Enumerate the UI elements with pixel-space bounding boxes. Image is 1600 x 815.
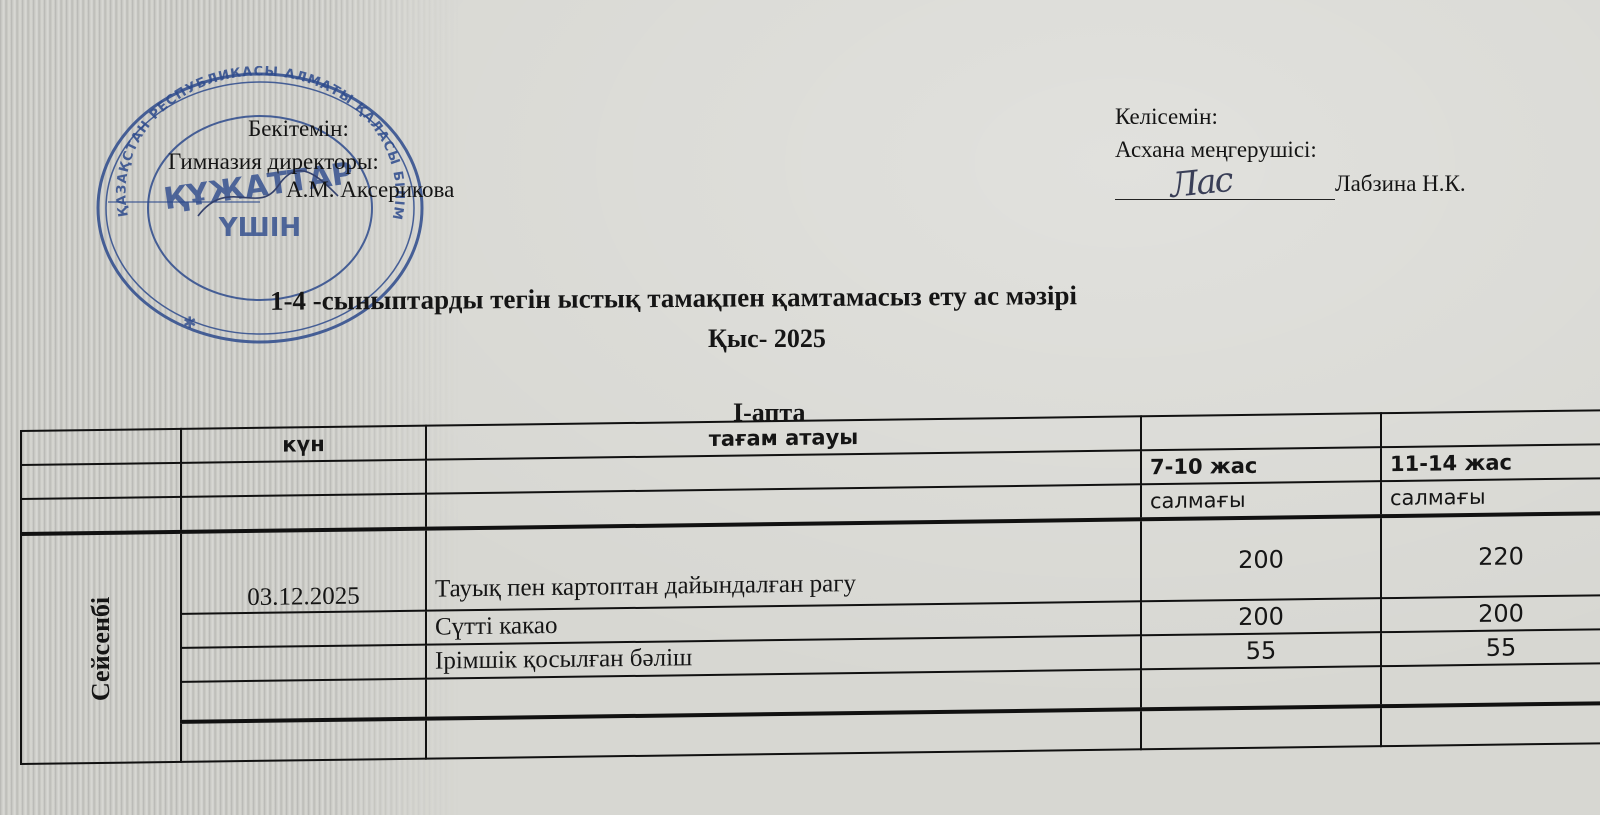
approval-block: Бекітемін: Гимназия директоры: А.М. Аксе… <box>168 112 454 206</box>
weight-7-10 <box>1141 706 1381 749</box>
weight-11-14: 200 <box>1381 595 1600 632</box>
dish-name <box>426 709 1141 758</box>
weight-11-14: 220 <box>1381 513 1600 598</box>
weight-7-10 <box>1141 666 1381 709</box>
menu-table: күн тағам атауы 7-10 жас 11-14 жас салма… <box>20 409 1600 765</box>
weight-7-10: 200 <box>1141 516 1381 601</box>
signature-handwritten: Лас <box>1168 156 1235 211</box>
weight-11-14 <box>1381 663 1600 706</box>
agreement-name: Лабзина Н.К. <box>1335 171 1466 196</box>
day-name: Сейсенбі <box>86 596 116 701</box>
season-label: Қыс- 2025 <box>708 324 826 354</box>
weight-11-14: 55 <box>1381 629 1600 666</box>
header-weight-1: салмағы <box>1141 481 1381 519</box>
menu-table-wrapper: күн тағам атауы 7-10 жас 11-14 жас салма… <box>20 409 1600 765</box>
approval-heading: Бекітемін: <box>248 112 454 145</box>
agreement-heading: Келісемін: <box>1115 100 1466 133</box>
date-cell: 03.12.2025 <box>181 529 426 614</box>
menu-document: ҚАЗАҚСТАН РЕСПУБЛИКАСЫ АЛМАТЫ ҚАЛАСЫ БІЛ… <box>0 0 1600 815</box>
signature-line: Лас <box>1115 177 1335 200</box>
svg-text:✱: ✱ <box>183 313 196 332</box>
weight-11-14 <box>1381 703 1600 746</box>
header-age-11-14: 11-14 жас <box>1381 444 1600 481</box>
header-weight-2: салмағы <box>1381 478 1600 516</box>
stamp-center-bottom: ҮШІН <box>218 213 301 243</box>
agreement-block: Келісемін: Асхана меңгерушісі: Лас Лабзи… <box>1115 100 1466 200</box>
day-cell: Сейсенбі <box>21 532 181 764</box>
header-day: күн <box>181 426 426 463</box>
approval-name: А.М. Аксерикова <box>286 173 454 206</box>
dish-name: Тауық пен картоптан дайындалған рагу <box>426 519 1141 610</box>
weight-7-10: 200 <box>1141 598 1381 635</box>
header-age-7-10: 7-10 жас <box>1141 447 1381 484</box>
document-title: 1-4 -сыныптарды тегін ыстық тамақпен қам… <box>270 280 1077 317</box>
weight-7-10: 55 <box>1141 632 1381 669</box>
